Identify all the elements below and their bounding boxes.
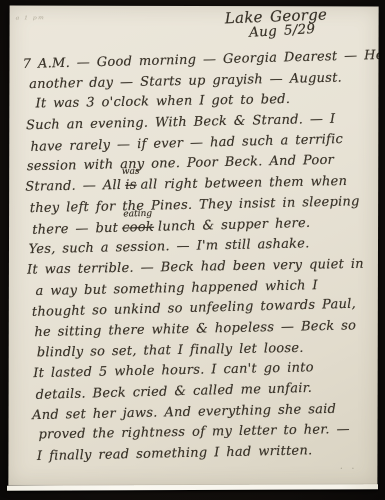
line-text: all right between them when	[140, 174, 347, 193]
line-text: Strand. — All	[25, 178, 121, 195]
line-text: lunch & supper here.	[158, 215, 311, 234]
inserted-word: was	[122, 168, 140, 177]
pencil-dots: · ·	[340, 464, 358, 474]
inline-correction: eatingcook	[122, 217, 154, 239]
struck-word: is	[125, 178, 137, 193]
handwritten-content: Lake George Aug 5/29 7 A.M. — Good morni…	[22, 6, 379, 468]
struck-word: cook	[122, 219, 154, 235]
sheet-bottom-edge	[7, 484, 378, 491]
line-text: there — but	[32, 220, 118, 237]
inline-correction: wasis	[125, 176, 137, 197]
inserted-word: eating	[123, 209, 152, 219]
letter-page: a 1 pm Lake George Aug 5/29 7 A.M. — Goo…	[8, 6, 378, 487]
letter-body: 7 A.M. — Good morning — Georgia Dearest …	[23, 47, 379, 468]
